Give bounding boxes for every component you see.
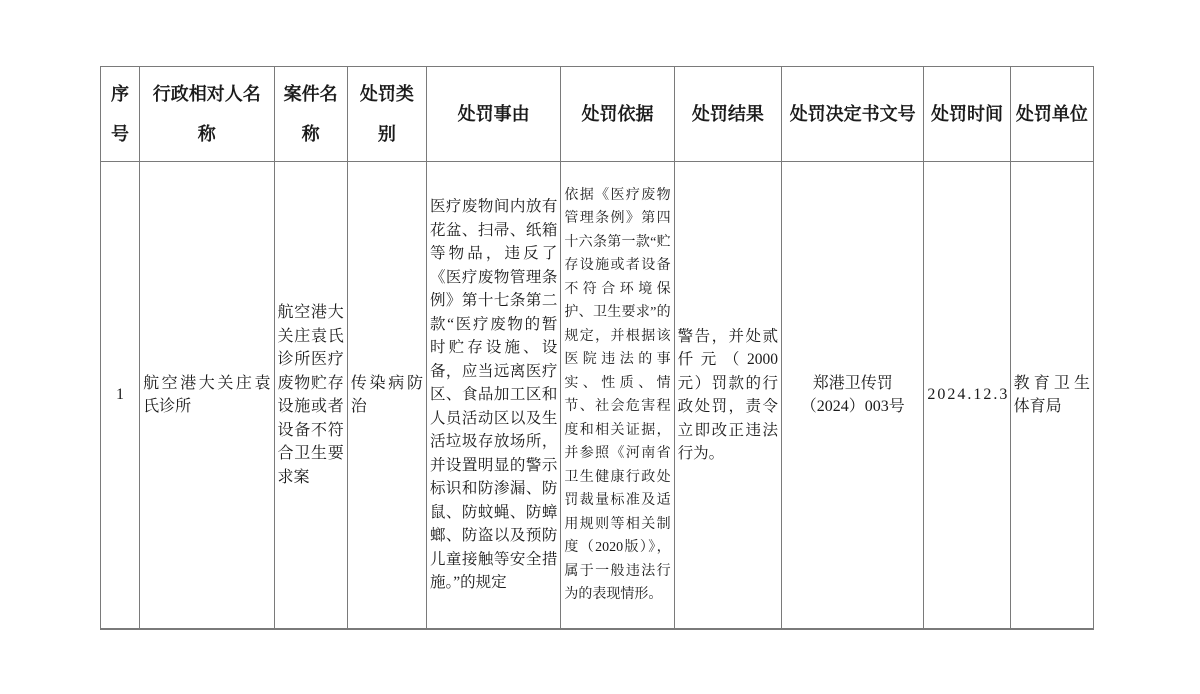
cell-penalty-unit: 教育卫生体育局 xyxy=(1010,162,1093,630)
cell-seq: 1 xyxy=(101,162,140,630)
header-decision-doc-no: 处罚决定书文号 xyxy=(781,67,923,162)
table-header-row: 序 号 行政相对人名 称 案件名 称 处罚类 别 处罚事由 处罚依据 处罚结果 … xyxy=(101,67,1094,162)
cell-penalty-date: 2024.12.3 xyxy=(924,162,1010,630)
cell-case-name: 航空港大关庄袁氏诊所医疗废物贮存设施或者设备不符合卫生要求案 xyxy=(274,162,347,630)
cell-penalty-category: 传染病防治 xyxy=(347,162,426,630)
cell-penalty-basis: 依据《医疗废物管理条例》第四十六条第一款“贮存设施或者设备不符合环境保护、卫生要… xyxy=(561,162,674,630)
cell-party-name: 航空港大关庄袁氏诊所 xyxy=(140,162,274,630)
header-seq: 序 号 xyxy=(101,67,140,162)
header-penalty-date: 处罚时间 xyxy=(924,67,1010,162)
document-page: 序 号 行政相对人名 称 案件名 称 处罚类 别 处罚事由 处罚依据 处罚结果 … xyxy=(0,0,1200,694)
table-row: 1 航空港大关庄袁氏诊所 航空港大关庄袁氏诊所医疗废物贮存设施或者设备不符合卫生… xyxy=(101,162,1094,630)
header-penalty-result: 处罚结果 xyxy=(674,67,781,162)
penalty-table: 序 号 行政相对人名 称 案件名 称 处罚类 别 处罚事由 处罚依据 处罚结果 … xyxy=(100,66,1094,630)
cell-penalty-reason: 医疗废物间内放有花盆、扫帚、纸箱等物品，违反了《医疗废物管理条例》第十七条第二款… xyxy=(426,162,560,630)
header-penalty-basis: 处罚依据 xyxy=(561,67,674,162)
header-penalty-category: 处罚类 别 xyxy=(347,67,426,162)
cell-penalty-result: 警告，并处贰仟元（2000元）罚款的行政处罚，责令立即改正违法行为。 xyxy=(674,162,781,630)
header-penalty-unit: 处罚单位 xyxy=(1010,67,1093,162)
header-penalty-reason: 处罚事由 xyxy=(426,67,560,162)
header-case-name: 案件名 称 xyxy=(274,67,347,162)
header-party-name: 行政相对人名 称 xyxy=(140,67,274,162)
cell-decision-doc-no: 郑港卫传罚 （2024）003号 xyxy=(781,162,923,630)
